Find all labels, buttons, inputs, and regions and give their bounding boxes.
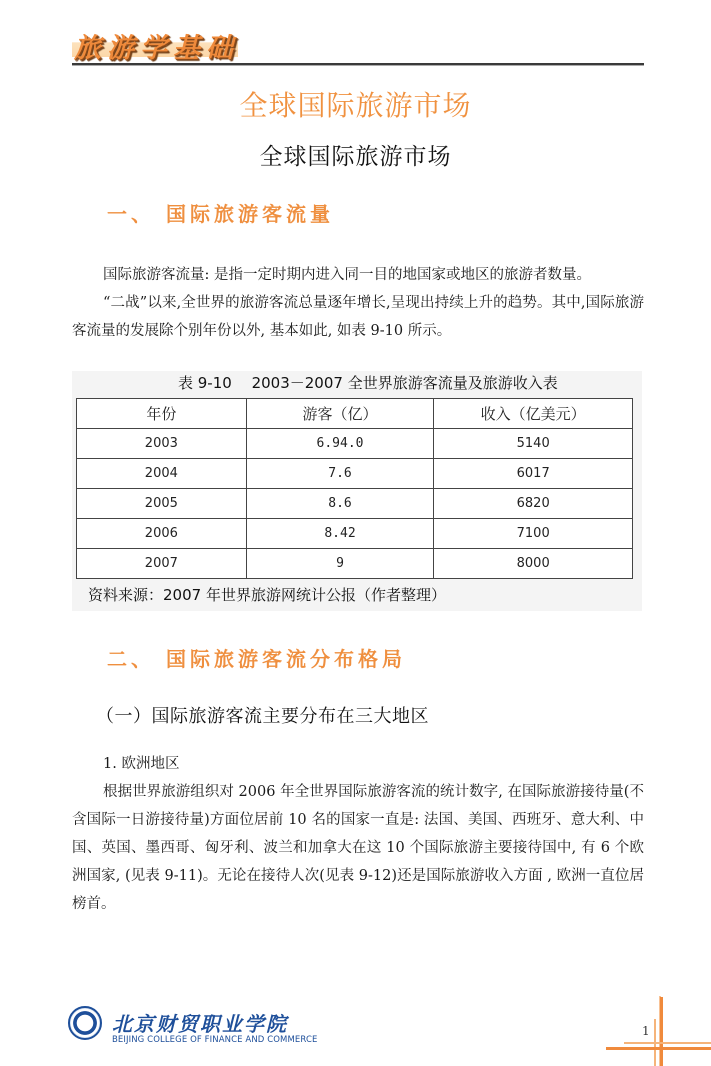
cell-year: 2004 (77, 459, 247, 489)
section-heading-1: 一、 国际旅游客流量 (107, 198, 334, 227)
cell-year: 2003 (77, 429, 247, 459)
section-heading-2: 二、 国际旅游客流分布格局 (107, 643, 406, 672)
table-row: 2003 6.94.0 5140 (77, 429, 633, 459)
table-row: 2005 8.6 6820 (77, 489, 633, 519)
cell-tourists: 6.94.0 (246, 429, 434, 459)
paragraph-trend: “二战”以来,全世界的旅游客流总量逐年增长,呈现出持续上升的趋势。其中,国际旅游… (72, 289, 644, 345)
subsection-heading: （一）国际旅游客流主要分布在三大地区 (96, 702, 429, 728)
cell-revenue: 7100 (434, 519, 633, 549)
header-brand-title: 旅游学基础 (74, 26, 239, 65)
table-row: 2007 9 8000 (77, 549, 633, 579)
corner-ornament-line (660, 997, 663, 1066)
college-name-cn: 北京财贸职业学院 (112, 1008, 288, 1037)
column-header-revenue: 收入（亿美元） (434, 399, 633, 429)
tourism-data-table: 年份 游客（亿） 收入（亿美元） 2003 6.94.0 5140 2004 7… (76, 398, 633, 579)
table-row: 2004 7.6 6017 (77, 459, 633, 489)
college-emblem-icon (68, 1006, 102, 1040)
paragraph-text: 1. 欧洲地区 (103, 756, 179, 772)
cell-revenue: 5140 (434, 429, 633, 459)
column-header-tourists: 游客（亿） (246, 399, 434, 429)
table-caption: 表 9-10 2003－2007 全世界旅游客流量及旅游收入表 (178, 372, 558, 393)
table-row: 2006 8.42 7100 (77, 519, 633, 549)
cell-year: 2006 (77, 519, 247, 549)
page-subtitle: 全球国际旅游市场 (0, 138, 711, 171)
paragraph-europe-label: 1. 欧洲地区 (72, 750, 644, 778)
page-number: 1 (642, 1024, 650, 1038)
cell-revenue: 6820 (434, 489, 633, 519)
corner-ornament-line (606, 1047, 711, 1050)
cell-tourists: 9 (246, 549, 434, 579)
table-source-note: 资料来源：2007 年世界旅游网统计公报（作者整理） (88, 584, 446, 605)
paragraph-europe-body: 根据世界旅游组织对 2006 年全世界国际旅游客流的统计数字, 在国际旅游接待量… (72, 778, 644, 918)
cell-tourists: 8.6 (246, 489, 434, 519)
column-header-year: 年份 (77, 399, 247, 429)
header-divider (72, 63, 644, 65)
table-header-row: 年份 游客（亿） 收入（亿美元） (77, 399, 633, 429)
cell-year: 2007 (77, 549, 247, 579)
cell-revenue: 8000 (434, 549, 633, 579)
college-name-en: BEIJING COLLEGE OF FINANCE AND COMMERCE (112, 1035, 317, 1045)
cell-tourists: 7.6 (246, 459, 434, 489)
cell-tourists: 8.42 (246, 519, 434, 549)
paragraph-text: “二战”以来,全世界的旅游客流总量逐年增长,呈现出持续上升的趋势。其中,国际旅游… (72, 295, 644, 339)
page-title: 全球国际旅游市场 (0, 84, 711, 124)
paragraph-text: 国际旅游客流量: 是指一定时期内进入同一目的地国家或地区的旅游者数量。 (103, 267, 591, 283)
paragraph-definition: 国际旅游客流量: 是指一定时期内进入同一目的地国家或地区的旅游者数量。 (72, 261, 644, 289)
cell-revenue: 6017 (434, 459, 633, 489)
corner-ornament-line (624, 1042, 711, 1044)
cell-year: 2005 (77, 489, 247, 519)
paragraph-text: 根据世界旅游组织对 2006 年全世界国际旅游客流的统计数字, 在国际旅游接待量… (72, 784, 644, 912)
